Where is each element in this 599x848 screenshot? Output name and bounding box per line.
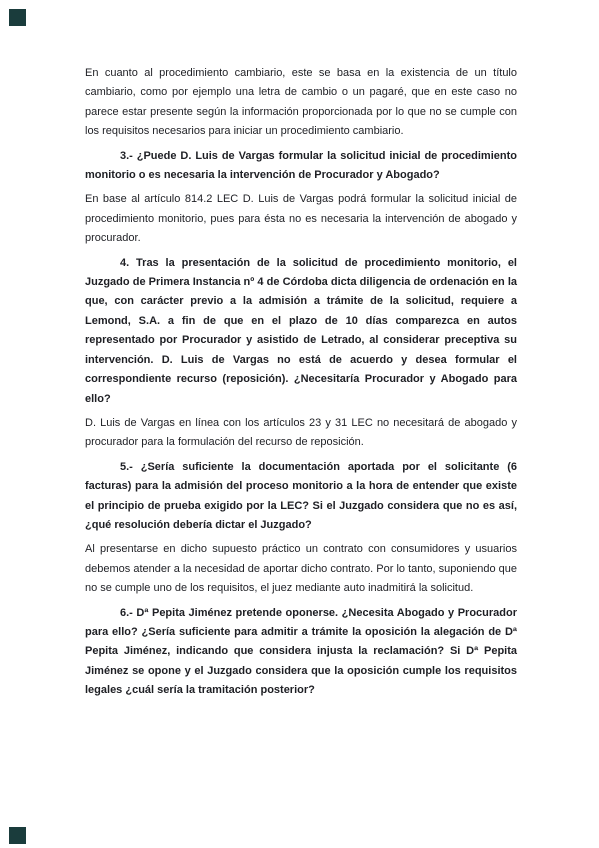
document-body: En cuanto al procedimiento cambiario, es… bbox=[85, 64, 517, 706]
corner-mark-top-left bbox=[9, 9, 26, 26]
paragraph-question: 3.- ¿Puede D. Luis de Vargas formular la… bbox=[85, 147, 517, 186]
document-page: En cuanto al procedimiento cambiario, es… bbox=[0, 0, 599, 848]
paragraph-answer: En cuanto al procedimiento cambiario, es… bbox=[85, 64, 517, 142]
paragraph-question: 6.- Dª Pepita Jiménez pretende oponerse.… bbox=[85, 604, 517, 701]
paragraph-answer: Al presentarse en dicho supuesto práctic… bbox=[85, 540, 517, 598]
corner-mark-bottom-left bbox=[9, 827, 26, 844]
paragraph-question: 4. Tras la presentación de la solicitud … bbox=[85, 254, 517, 409]
paragraph-answer: D. Luis de Vargas en línea con los artíc… bbox=[85, 414, 517, 453]
paragraph-question: 5.- ¿Sería suficiente la documentación a… bbox=[85, 458, 517, 536]
paragraph-answer: En base al artículo 814.2 LEC D. Luis de… bbox=[85, 190, 517, 248]
